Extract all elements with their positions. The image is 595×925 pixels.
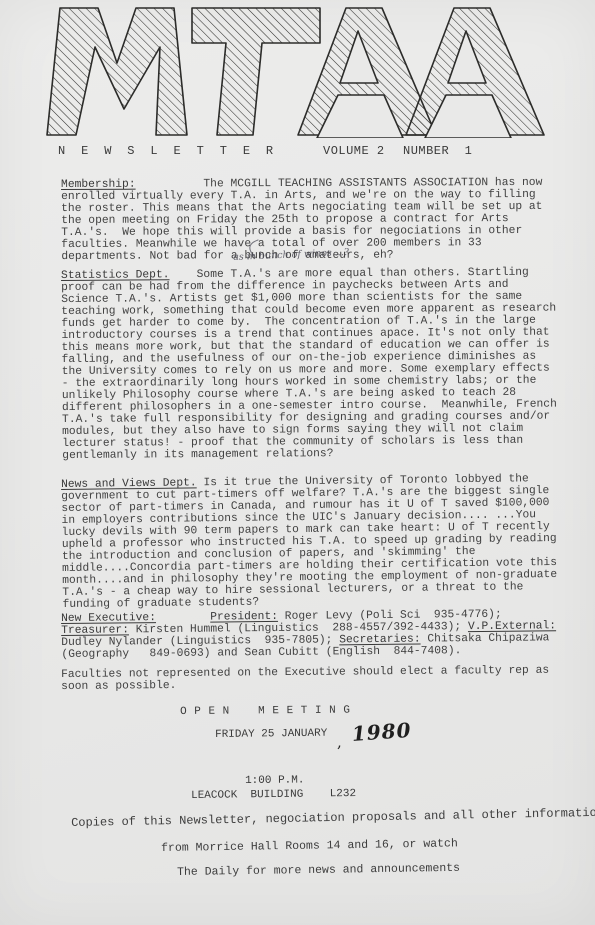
statistics-section: Statistics Dept. Some T.A.'s are more eq… [61, 267, 561, 462]
handwritten-year: 1980 [351, 718, 412, 746]
new-executive-section: New Executive: President: Roger Levy (Po… [61, 608, 560, 661]
newsletter-label: N E W S L E T T E R [58, 144, 274, 158]
meeting-time: 1:00 P.M. [245, 774, 305, 787]
footer-line-2: from Morrice Hall Rooms 14 and 16, or wa… [161, 837, 458, 855]
number-label: NUMBER 1 [403, 144, 472, 158]
volume-label: VOLUME 2 [323, 144, 385, 158]
logo-letter-t [192, 8, 320, 135]
meeting-date: FRIDAY 25 JANUARY [215, 728, 327, 741]
meeting-location: LEACOCK BUILDING L232 [191, 788, 356, 802]
faculties-note: Faculties not represented on the Executi… [61, 665, 560, 693]
newsletter-page: MTAA N E W S L E T T E R VOLUME 2 NUMBER… [0, 0, 595, 925]
footer-line-1: Copies of this Newsletter, negociation p… [71, 806, 595, 830]
mtaa-logo: MTAA [40, 5, 550, 138]
logo-letter-m [47, 8, 187, 135]
handwritten-comma: , [337, 733, 342, 751]
news-and-views-section: News and Views Dept. Is it true the Univ… [61, 473, 562, 611]
footer-line-3: The Daily for more news and announcement… [177, 862, 460, 879]
open-meeting-title: O P E N M E E T I N G [180, 705, 351, 718]
